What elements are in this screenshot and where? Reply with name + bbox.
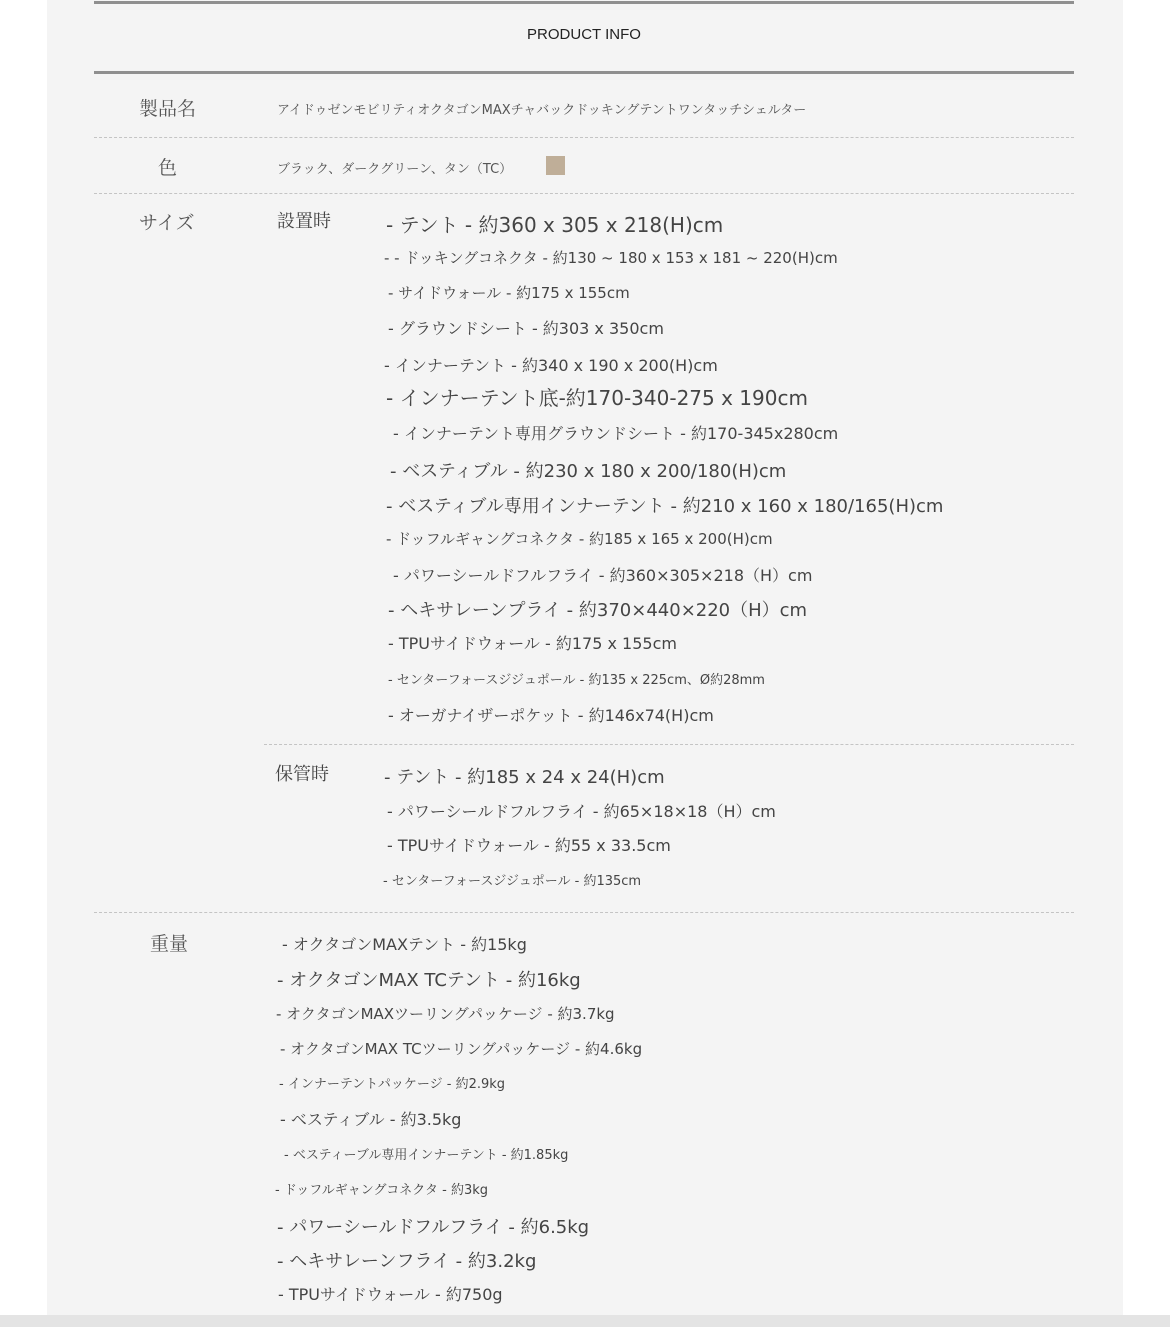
storage-item: - センターフォースジジュポール - 約135cm [383, 870, 641, 889]
setup-item: - インナーテント底-約170-340-275 x 190cm [386, 382, 808, 411]
weight-item: - オクタゴンMAX TCツーリングパッケージ - 約4.6kg [280, 1038, 642, 1059]
setup-item: - ベスティブル - 約230 x 180 x 200/180(H)cm [390, 457, 786, 483]
weight-item: - パワーシールドフルフライ - 約6.5kg [277, 1213, 589, 1239]
setup-item: - ヘキサレーンプライ - 約370×440×220（H）cm [388, 596, 807, 622]
weight-item: - ドッフルギャングコネクタ - 約3kg [275, 1179, 488, 1198]
setup-item: - ベスティブル専用インナーテント - 約210 x 160 x 180/165… [386, 492, 943, 518]
section-title: PRODUCT INFO [94, 26, 1074, 43]
weight-item: - ヘキサレーンフライ - 約3.2kg [277, 1247, 536, 1273]
storage-label: 保管時 [275, 760, 329, 786]
setup-item: - - ドッキングコネクタ - 約130 ~ 180 x 153 x 181 ~… [384, 247, 838, 268]
weight-item: - ベスティーブル専用インナーテント - 約1.85kg [284, 1144, 568, 1163]
weight-item: - ベスティブル - 約3.5kg [280, 1107, 461, 1130]
setup-item: - ドッフルギャングコネクタ - 約185 x 165 x 200(H)cm [386, 528, 773, 549]
setup-item: - インナーテント - 約340 x 190 x 200(H)cm [384, 353, 718, 376]
size-label: サイズ [139, 208, 194, 235]
product-name-value: アイドゥゼンモビリティオクタゴンMAXチャバックドッキングテントワンタッチシェル… [277, 99, 806, 118]
page-bottom-edge [0, 1315, 1170, 1327]
setup-item: - パワーシールドフルフライ - 約360×305×218（H）cm [393, 563, 812, 586]
storage-item: - テント - 約185 x 24 x 24(H)cm [384, 763, 665, 789]
setup-item: - テント - 約360 x 305 x 218(H)cm [386, 209, 723, 238]
weight-label: 重量 [150, 929, 188, 956]
color-label: 色 [158, 153, 177, 180]
setup-label: 設置時 [277, 207, 331, 233]
color-swatch [546, 156, 565, 175]
divider [94, 912, 1074, 913]
weight-item: - インナーテントパッケージ - 約2.9kg [279, 1073, 505, 1092]
setup-item: - センターフォースジジュポール - 約135 x 225cm、Ø約28mm [388, 669, 765, 688]
divider [94, 137, 1074, 138]
setup-item: - オーガナイザーポケット - 約146x74(H)cm [388, 703, 714, 726]
weight-item: - オクタゴンMAXテント - 約15kg [282, 932, 527, 955]
setup-item: - グラウンドシート - 約303 x 350cm [388, 316, 664, 339]
weight-item: - TPUサイドウォール - 約750g [278, 1282, 503, 1305]
header-top-rule [94, 1, 1074, 4]
divider [94, 193, 1074, 194]
setup-item: - インナーテント専用グラウンドシート - 約170-345x280cm [393, 421, 838, 444]
divider [264, 744, 1074, 745]
storage-item: - パワーシールドフルフライ - 約65×18×18（H）cm [387, 799, 776, 822]
product-name-label: 製品名 [139, 94, 196, 121]
color-value: ブラック、ダークグリーン、タン（TC） [277, 158, 512, 177]
setup-item: - TPUサイドウォール - 約175 x 155cm [388, 631, 677, 654]
setup-item: - サイドウォール - 約175 x 155cm [388, 282, 630, 303]
weight-item: - オクタゴンMAX TCテント - 約16kg [277, 966, 581, 992]
header-bottom-rule [94, 71, 1074, 74]
weight-item: - オクタゴンMAXツーリングパッケージ - 約3.7kg [276, 1003, 615, 1024]
storage-item: - TPUサイドウォール - 約55 x 33.5cm [387, 833, 671, 856]
product-info-panel [47, 0, 1123, 1315]
